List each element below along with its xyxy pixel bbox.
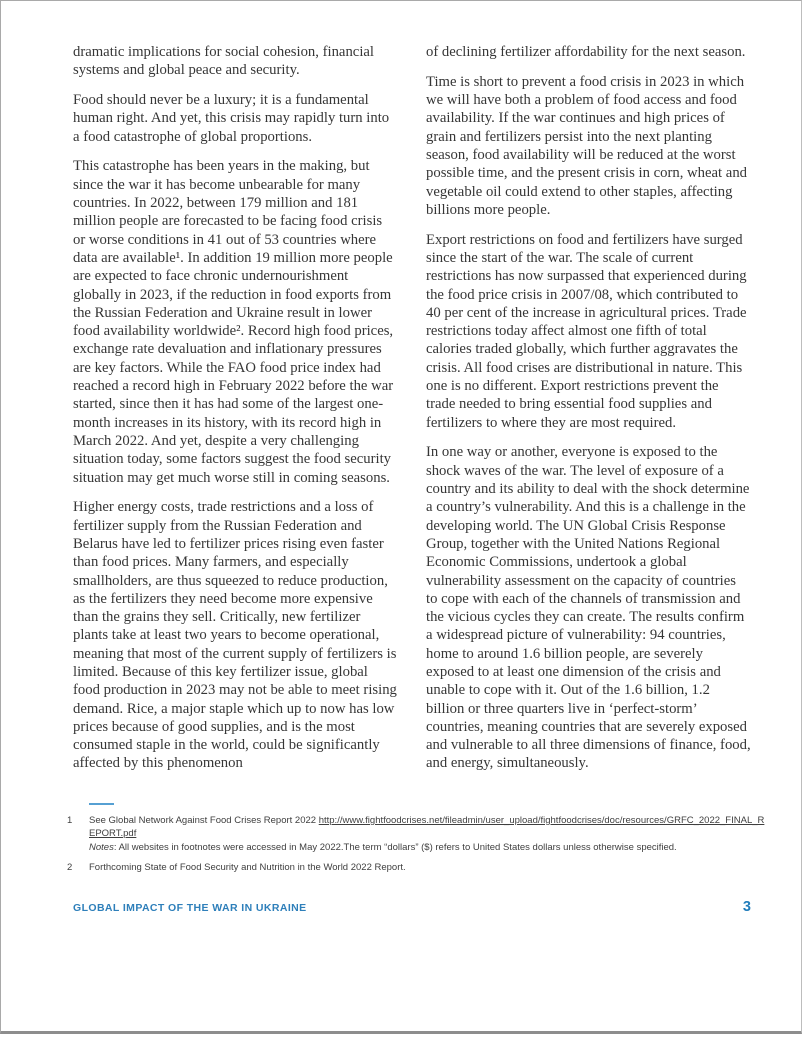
document-page: dramatic implications for social cohesio… bbox=[0, 0, 802, 1034]
body-paragraph: Time is short to prevent a food crisis i… bbox=[426, 73, 751, 219]
footnote-marker: 1 bbox=[67, 814, 89, 855]
footnote-marker: 2 bbox=[67, 861, 89, 875]
body-paragraph: of declining fertilizer affordability fo… bbox=[426, 43, 751, 61]
right-column: of declining fertilizer affordability fo… bbox=[426, 43, 751, 773]
body-paragraph: Export restrictions on food and fertiliz… bbox=[426, 231, 751, 432]
body-paragraph: In one way or another, everyone is expos… bbox=[426, 443, 751, 772]
footnote-body: See Global Network Against Food Crises R… bbox=[89, 814, 767, 855]
body-paragraph: dramatic implications for social cohesio… bbox=[73, 43, 398, 80]
footnote-text: Forthcoming State of Food Security and N… bbox=[89, 862, 406, 873]
footnote-text: See Global Network Against Food Crises R… bbox=[89, 815, 319, 826]
page-footer: GLOBAL IMPACT OF THE WAR IN UKRAINE 3 bbox=[73, 899, 751, 915]
footnote-1: 1 See Global Network Against Food Crises… bbox=[67, 814, 767, 855]
footnote-notes-text: : All websites in footnotes were accesse… bbox=[114, 842, 677, 853]
left-column: dramatic implications for social cohesio… bbox=[73, 43, 398, 773]
footnote-body: Forthcoming State of Food Security and N… bbox=[89, 861, 767, 875]
footnote-separator-rule bbox=[89, 803, 114, 805]
body-paragraph: This catastrophe has been years in the m… bbox=[73, 157, 398, 486]
footnote-notes-label: Notes bbox=[89, 842, 114, 853]
footnote-notes-line: Notes: All websites in footnotes were ac… bbox=[89, 841, 767, 855]
body-text-columns: dramatic implications for social cohesio… bbox=[73, 43, 751, 773]
footnote-2: 2 Forthcoming State of Food Security and… bbox=[67, 861, 767, 875]
page-number: 3 bbox=[743, 899, 751, 915]
footnotes-section: 1 See Global Network Against Food Crises… bbox=[67, 803, 767, 875]
body-paragraph: Food should never be a luxury; it is a f… bbox=[73, 91, 398, 146]
footer-running-title: GLOBAL IMPACT OF THE WAR IN UKRAINE bbox=[73, 902, 307, 914]
body-paragraph: Higher energy costs, trade restrictions … bbox=[73, 498, 398, 772]
